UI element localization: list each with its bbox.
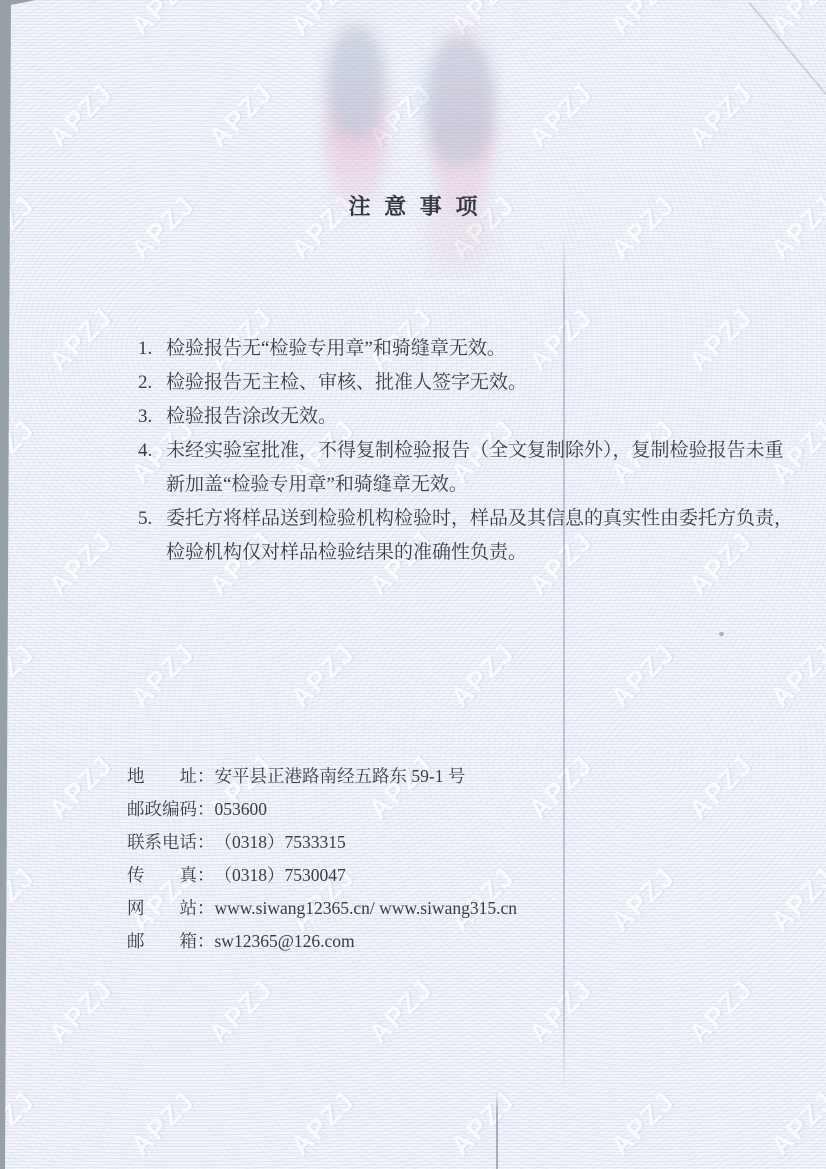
watermark-text: APZJ <box>43 525 119 601</box>
contact-value: 053600 <box>215 793 748 826</box>
scanned-page: APZJAPZJAPZJAPZJAPZJAPZJAPZJAPZJAPZJAPZJ… <box>0 0 826 1169</box>
watermark-text: APZJ <box>0 637 42 713</box>
notice-item-text: 检验报告无“检验专用章”和骑缝章无效。 <box>166 332 798 366</box>
watermark-text: APZJ <box>125 637 201 713</box>
paper-blemish <box>719 632 724 636</box>
contact-value: www.siwang12365.cn/ www.siwang315.cn <box>215 892 748 925</box>
page-title: 注意事项 <box>0 190 826 221</box>
contact-row-address: 地 址： 安平县正港路南经五路东 59-1 号 <box>127 760 747 793</box>
watermark-text: APZJ <box>43 749 119 825</box>
watermark-text: APZJ <box>523 77 599 153</box>
watermark-text: APZJ <box>0 861 42 937</box>
notice-item-number: 3. <box>138 400 166 434</box>
stamp-bleed-pink-left <box>326 22 386 212</box>
watermark-text: APZJ <box>605 1085 681 1161</box>
watermark-text: APZJ <box>605 0 681 42</box>
watermark-text: APZJ <box>363 973 439 1049</box>
watermark-text: APZJ <box>765 1085 826 1161</box>
notice-item-number: 5. <box>138 502 166 570</box>
watermark-text: APZJ <box>765 637 826 713</box>
notice-item: 5. 委托方将样品送到检验机构检验时，样品及其信息的真实性由委托方负责，检验机构… <box>138 502 798 570</box>
contact-label: 传 真： <box>127 859 215 892</box>
contact-value: （0318）7533315 <box>215 826 748 859</box>
watermark-text: APZJ <box>0 413 42 489</box>
contact-info: 地 址： 安平县正港路南经五路东 59-1 号 邮政编码： 053600 联系电… <box>127 760 747 958</box>
contact-row-email: 邮 箱： sw12365@126.com <box>127 925 747 958</box>
contact-row-postcode: 邮政编码： 053600 <box>127 793 747 826</box>
watermark-text: APZJ <box>125 0 201 42</box>
notice-item: 2. 检验报告无主检、审核、批准人签字无效。 <box>138 366 798 400</box>
contact-row-website: 网 站： www.siwang12365.cn/ www.siwang315.c… <box>127 892 747 925</box>
contact-value: （0318）7530047 <box>215 859 748 892</box>
watermark-text: APZJ <box>445 1085 521 1161</box>
contact-value: sw12365@126.com <box>215 925 748 958</box>
notice-item-text: 检验报告无主检、审核、批准人签字无效。 <box>166 366 798 400</box>
stamp-bleed-blue-right <box>424 40 494 165</box>
watermark-text: APZJ <box>285 637 361 713</box>
contact-label: 网 站： <box>127 892 215 925</box>
watermark-text: APZJ <box>43 973 119 1049</box>
stamp-bleed-blue-left <box>328 28 384 138</box>
notice-list: 1. 检验报告无“检验专用章”和骑缝章无效。 2. 检验报告无主检、审核、批准人… <box>138 332 798 570</box>
watermark-text: APZJ <box>363 77 439 153</box>
notice-item-text: 未经实验室批准，不得复制检验报告（全文复制除外），复制检验报告未重新加盖“检验专… <box>166 434 798 502</box>
watermark-text: APZJ <box>0 0 42 42</box>
bottom-fold-crease <box>496 1090 498 1169</box>
guilloche-watermark-layer: APZJAPZJAPZJAPZJAPZJAPZJAPZJAPZJAPZJAPZJ… <box>0 0 826 1169</box>
paper-sheet: APZJAPZJAPZJAPZJAPZJAPZJAPZJAPZJAPZJAPZJ… <box>0 0 826 1169</box>
stamp-bleed-pink-right <box>430 28 494 213</box>
notice-item-number: 4. <box>138 434 166 502</box>
watermark-text: APZJ <box>605 637 681 713</box>
watermark-text: APZJ <box>43 77 119 153</box>
watermark-text: APZJ <box>765 861 826 937</box>
watermark-text: APZJ <box>203 77 279 153</box>
notice-item-text: 委托方将样品送到检验机构检验时，样品及其信息的真实性由委托方负责，检验机构仅对样… <box>166 502 798 570</box>
watermark-text: APZJ <box>125 1085 201 1161</box>
watermark-text: APZJ <box>285 1085 361 1161</box>
contact-label: 邮政编码： <box>127 793 215 826</box>
watermark-text: APZJ <box>523 973 599 1049</box>
notice-item: 3. 检验报告涂改无效。 <box>138 400 798 434</box>
contact-label: 地 址： <box>127 760 215 793</box>
notice-item-number: 1. <box>138 332 166 366</box>
contact-label: 联系电话： <box>127 826 215 859</box>
contact-label: 邮 箱： <box>127 925 215 958</box>
watermark-text: APZJ <box>683 77 759 153</box>
watermark-text: APZJ <box>0 1085 42 1161</box>
contact-row-fax: 传 真： （0318）7530047 <box>127 859 747 892</box>
watermark-text: APZJ <box>445 0 521 42</box>
top-right-corner-crease <box>748 2 826 118</box>
watermark-text: APZJ <box>683 973 759 1049</box>
notice-item: 1. 检验报告无“检验专用章”和骑缝章无效。 <box>138 332 798 366</box>
watermark-text: APZJ <box>765 0 826 42</box>
notice-item-number: 2. <box>138 366 166 400</box>
watermark-text: APZJ <box>445 637 521 713</box>
watermark-text: APZJ <box>203 973 279 1049</box>
watermark-text: APZJ <box>43 301 119 377</box>
notice-item-text: 检验报告涂改无效。 <box>166 400 798 434</box>
contact-value: 安平县正港路南经五路东 59-1 号 <box>215 760 748 793</box>
notice-item: 4. 未经实验室批准，不得复制检验报告（全文复制除外），复制检验报告未重新加盖“… <box>138 434 798 502</box>
contact-row-phone: 联系电话： （0318）7533315 <box>127 826 747 859</box>
watermark-text: APZJ <box>285 0 361 42</box>
